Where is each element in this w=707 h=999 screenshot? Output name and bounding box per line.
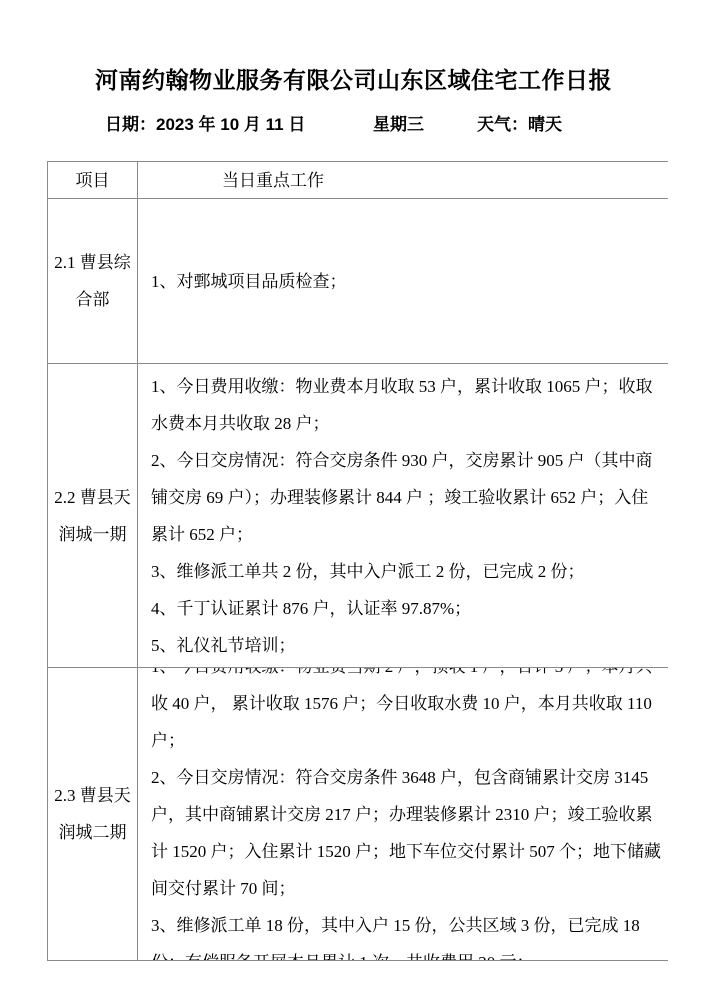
project-cell-caoxian-general-dept: 2.1 曹县综合部 [48,199,137,363]
work-cell-tianrun-city-phase2: 1、今日费用收缴：物业费当期 2 户，预收 1 户，合计 3 户；本月共收 40… [138,668,668,960]
work-item: 5、礼仪礼节培训； [151,627,661,664]
project-cell-tianrun-city-phase2: 2.3 曹县天润城二期 [48,668,137,960]
work-item: 1、今日费用收缴：物业费本月收取 53 户，累计收取 1065 户；收取水费本月… [151,368,661,442]
column-header-daily-key-work: 当日重点工作 [138,162,668,198]
work-item: 2、今日交房情况：符合交房条件 930 户，交房累计 905 户（其中商铺交房 … [151,442,661,553]
work-cell-caoxian-general-dept: 1、对鄄城项目品质检查； [138,199,668,363]
report-date: 日期：2023 年 10 月 11 日 [105,110,305,135]
report-title: 河南约翰物业服务有限公司山东区域住宅工作日报 [0,62,707,95]
report-weather: 天气：晴天 [477,110,562,135]
work-item: 1、对鄄城项目品质检查； [151,263,661,300]
report-weekday: 星期三 [373,110,424,135]
work-item: 2、今日交房情况：符合交房条件 3648 户，包含商铺累计交房 3145 户，其… [151,759,661,907]
work-item: 4、千丁认证累计 876 户，认证率 97.87%； [151,590,661,627]
daily-report-table: 项目 当日重点工作 2.1 曹县综合部 1、对鄄城项目品质检查； 2.2 曹县天… [47,161,668,961]
work-cell-tianrun-city-phase1: 1、今日费用收缴：物业费本月收取 53 户，累计收取 1065 户；收取水费本月… [138,364,668,667]
work-item: 3、维修派工单 18 份，其中入户 15 份，公共区域 3 份，已完成 18 份… [151,907,661,961]
column-header-project: 项目 [48,162,137,198]
work-item: 1、今日费用收缴：物业费当期 2 户，预收 1 户，合计 3 户；本月共收 40… [151,668,661,759]
document-page: 河南约翰物业服务有限公司山东区域住宅工作日报 日期：2023 年 10 月 11… [0,0,707,999]
project-cell-tianrun-city-phase1: 2.2 曹县天润城一期 [48,364,137,667]
work-item: 3、维修派工单共 2 份，其中入户派工 2 份，已完成 2 份； [151,553,661,590]
